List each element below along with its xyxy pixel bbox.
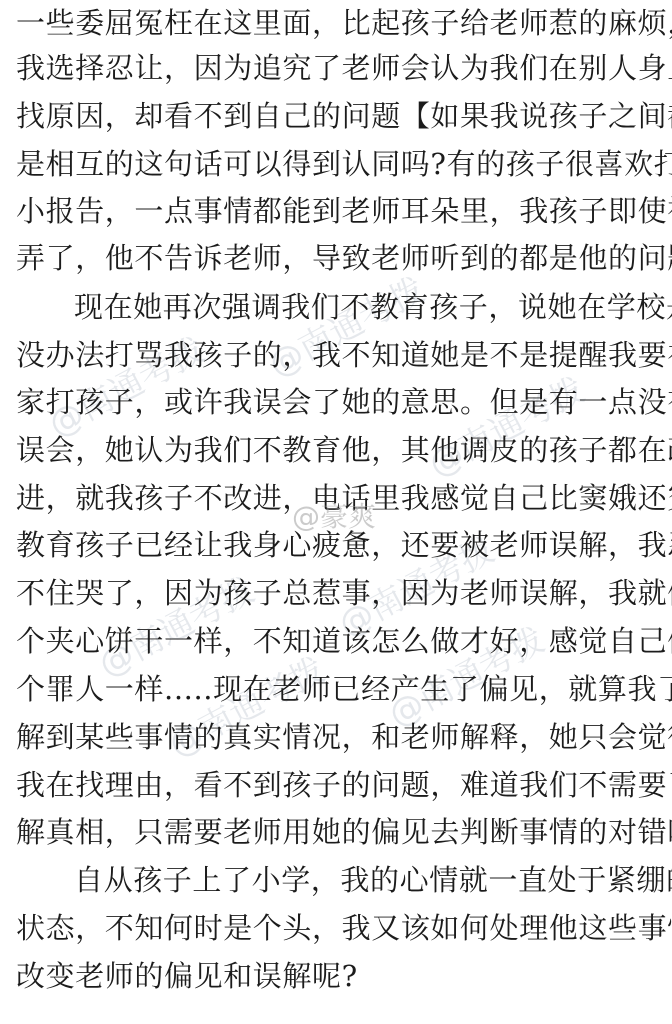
text-line: 弄了，他不告诉老师，导致老师听到的都是他的问题】 [16, 241, 656, 275]
text-line: 状态，不知何时是个头，我又该如何处理他这些事情， [16, 911, 656, 945]
text-line: 误会，她认为我们不教育他，其他调皮的孩子都在改 [16, 433, 656, 467]
watermark-diagonal: @南通考拨 [418, 363, 591, 486]
text-line-paragraph-start: 现在她再次强调我们不教育孩子，说她在学校是 [74, 290, 672, 324]
text-line: 解到某些事情的真实情况，和老师解释，她只会觉得 [16, 720, 656, 754]
text-line: 改变老师的偏见和误解呢? [16, 959, 656, 993]
text-line: 解真相，只需要老师用她的偏见去判断事情的对错吗? [16, 815, 656, 849]
text-line: 找原因，却看不到自己的问题【如果我说孩子之间都 [16, 99, 656, 133]
text-line: 个夹心饼干一样，不知道该怎么做才好，感觉自己像 [16, 624, 656, 658]
text-line: 没办法打骂我孩子的，我不知道她是不是提醒我要在 [16, 338, 656, 372]
text-line: 进，就我孩子不改进，电话里我感觉自己比窦娥还冤， [16, 481, 656, 515]
text-line: 教育孩子已经让我身心疲惫，还要被老师误解，我忍 [16, 528, 656, 562]
text-line: 个罪人一样.....现在老师已经产生了偏见，就算我了 [16, 672, 656, 706]
text-line: 是相互的这句话可以得到认同吗?有的孩子很喜欢打 [16, 147, 656, 181]
text-line-paragraph-start: 自从孩子上了小学，我的心情就一直处于紧绷的 [74, 863, 672, 897]
document-page: @南通考拨 @南通考拨 @南通考拨 @南通考拨 @南通考拨 @南通考拨 @南通考… [0, 0, 672, 1024]
text-line: 我选择忍让，因为追究了老师会认为我们在别人身上 [16, 51, 656, 85]
text-line: 家打孩子，或许我误会了她的意思。但是有一点没有 [16, 385, 656, 419]
text-line: 我在找理由，看不到孩子的问题，难道我们不需要了 [16, 768, 656, 802]
text-line: 一些委屈冤枉在这里面，比起孩子给老师惹的麻烦， [16, 6, 656, 40]
text-line: 不住哭了，因为孩子总惹事，因为老师误解，我就像 [16, 576, 656, 610]
text-line: 小报告，一点事情都能到老师耳朵里，我孩子即使被 [16, 194, 656, 228]
